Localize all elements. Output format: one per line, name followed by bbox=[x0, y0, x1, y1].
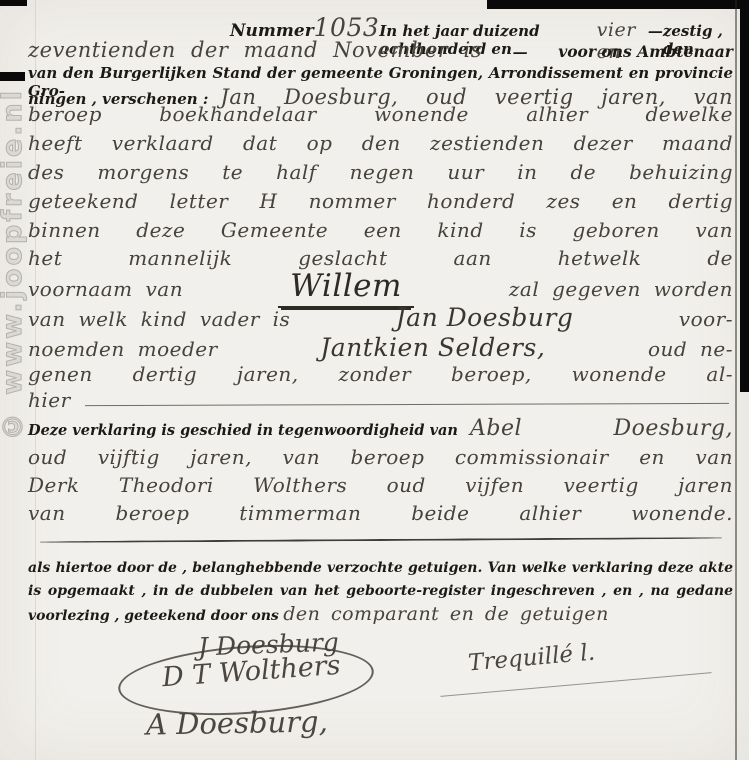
witness-intro-printed: Deze verklaring is geschied in tegenwoor… bbox=[28, 422, 458, 439]
officer-printed-text: voor ons Ambtenaar bbox=[558, 42, 733, 61]
father-line-post: voor- bbox=[679, 307, 733, 331]
hier-line: hier bbox=[28, 388, 733, 412]
handwritten-line: oud vijftig jaren, van beroep commission… bbox=[28, 445, 733, 469]
date-handwritten: zeventienden der maand November is bbox=[28, 38, 482, 62]
signature-official-flourish-line bbox=[440, 672, 711, 697]
child-name-line: voornaam van Willem zal gegeven worden bbox=[28, 268, 733, 308]
handwritten-line: het mannelijk geslacht aan hetwelk de bbox=[28, 246, 733, 270]
signature-witness1: A Doesburg, bbox=[146, 704, 328, 741]
closing-handwritten-text: den comparant en de getuigen bbox=[283, 603, 609, 625]
scan-artifact-top-right bbox=[487, 0, 749, 9]
scan-artifact-right-strip bbox=[740, 0, 749, 392]
watermark-text: © www.joopfreie.nl bbox=[0, 88, 28, 441]
mother-line-pre: noemden moeder bbox=[28, 337, 218, 361]
witness1-name-handwritten: Abel Doesburg, bbox=[470, 416, 733, 441]
scan-artifact-top-left bbox=[0, 0, 27, 6]
father-line: van welk kind vader is Jan Doesburg voor… bbox=[28, 303, 733, 332]
hier-word: hier bbox=[28, 388, 71, 412]
handwritten-line: genen dertig jaren, zonder beroep, wonen… bbox=[28, 362, 733, 386]
signature-official: Trequillé l. bbox=[467, 640, 596, 677]
dash-fill-2: — bbox=[513, 43, 528, 61]
handwritten-line: heeft verklaard dat op den zestienden de… bbox=[28, 131, 733, 155]
mother-name: Jantkien Selders, bbox=[320, 333, 545, 362]
handwritten-line: des morgens te half negen uur in de behu… bbox=[28, 160, 733, 184]
name-line-pre: voornaam van bbox=[28, 277, 183, 301]
handwritten-line: binnen deze Gemeente een kind is geboren… bbox=[28, 218, 733, 242]
handwritten-line: Derk Theodori Wolthers oud vijfen veerti… bbox=[28, 473, 733, 497]
header-line-2: zeventienden der maand November is — voo… bbox=[28, 38, 733, 62]
name-line-post: zal gegeven worden bbox=[509, 277, 733, 301]
mother-line: noemden moeder Jantkien Selders, oud ne- bbox=[28, 333, 733, 362]
page-border-line bbox=[735, 0, 737, 760]
child-name: Willem bbox=[278, 268, 414, 308]
handwritten-line: geteekend letter H nommer honderd zes en… bbox=[28, 189, 733, 213]
closing-paragraph: als hiertoe door de , belanghebbende ver… bbox=[28, 557, 733, 628]
mother-line-post: oud ne- bbox=[648, 337, 733, 361]
blank-fill-line bbox=[85, 403, 729, 406]
handwritten-line: van beroep timmerman beide alhier wonend… bbox=[28, 501, 733, 525]
handwritten-line: beroep boekhandelaar wonende alhier dewe… bbox=[28, 102, 733, 126]
witness-intro-line: Deze verklaring is geschied in tegenwoor… bbox=[28, 416, 733, 441]
section-divider-line bbox=[40, 537, 722, 543]
scan-artifact-left-edge bbox=[0, 72, 25, 81]
father-line-pre: van welk kind vader is bbox=[28, 307, 290, 331]
birth-certificate-scan: © www.joopfreie.nl Nummer 1053 In het ja… bbox=[0, 0, 749, 760]
father-name: Jan Doesburg bbox=[396, 303, 574, 332]
